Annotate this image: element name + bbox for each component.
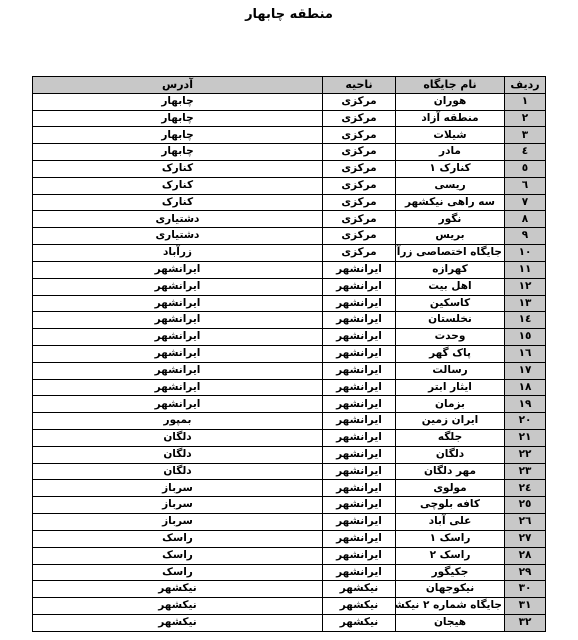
cell-address: ایرانشهر	[33, 261, 323, 278]
cell-index: ١٢	[505, 278, 546, 295]
cell-index: ١٧	[505, 362, 546, 379]
cell-name: کافه بلوچی	[396, 497, 505, 514]
cell-name: راسک ٢	[396, 547, 505, 564]
table-row: ١١کهرازهایرانشهرایرانشهر	[33, 261, 546, 278]
cell-index: ٧	[505, 194, 546, 211]
cell-district: ایرانشهر	[323, 396, 396, 413]
table-row: ٢٧راسک ١ایرانشهرراسک	[33, 530, 546, 547]
cell-district: ایرانشهر	[323, 480, 396, 497]
cell-index: ٥	[505, 161, 546, 178]
cell-index: ٢	[505, 110, 546, 127]
cell-district: مرکزی	[323, 177, 396, 194]
page-title: منطقه چابهار	[0, 7, 578, 22]
cell-name: نگور	[396, 211, 505, 228]
cell-index: ٢١	[505, 430, 546, 447]
cell-address: چابهار	[33, 144, 323, 161]
header-cell-district: ناحیه	[323, 77, 396, 94]
cell-address: دشتیاری	[33, 228, 323, 245]
cell-address: ایرانشهر	[33, 362, 323, 379]
cell-name: منطقه آزاد	[396, 110, 505, 127]
cell-address: دلگان	[33, 430, 323, 447]
cell-district: ایرانشهر	[323, 278, 396, 295]
header-cell-name: نام جایگاه	[396, 77, 505, 94]
cell-name: اهل بیت	[396, 278, 505, 295]
cell-district: ایرانشهر	[323, 446, 396, 463]
cell-index: ٢٣	[505, 463, 546, 480]
cell-district: ایرانشهر	[323, 379, 396, 396]
cell-address: دلگان	[33, 463, 323, 480]
cell-index: ٢٨	[505, 547, 546, 564]
cell-address: سرباز	[33, 514, 323, 531]
cell-district: ایرانشهر	[323, 362, 396, 379]
table-row: ٤مادرمرکزیچابهار	[33, 144, 546, 161]
header-cell-address: آدرس	[33, 77, 323, 94]
cell-district: مرکزی	[323, 161, 396, 178]
document-page: منطقه چابهار ردیف نام جایگاه ناحیه آدرس …	[0, 0, 578, 640]
cell-district: مرکزی	[323, 211, 396, 228]
cell-district: ایرانشهر	[323, 564, 396, 581]
cell-name: هوران	[396, 93, 505, 110]
cell-index: ٢٩	[505, 564, 546, 581]
cell-address: ایرانشهر	[33, 278, 323, 295]
cell-index: ١	[505, 93, 546, 110]
cell-name: جایگاه شماره ٢ نیکشهر	[396, 598, 505, 615]
cell-address: راسک	[33, 530, 323, 547]
cell-district: ایرانشهر	[323, 430, 396, 447]
cell-index: ٢٠	[505, 413, 546, 430]
table-row: ١٠جایگاه اختصاصی زرآبادمرکزیزرآباد	[33, 245, 546, 262]
cell-address: نیکشهر	[33, 598, 323, 615]
cell-name: راسک ١	[396, 530, 505, 547]
cell-district: ایرانشهر	[323, 514, 396, 531]
table-row: ١هورانمرکزیچابهار	[33, 93, 546, 110]
cell-index: ٢٤	[505, 480, 546, 497]
cell-district: ایرانشهر	[323, 547, 396, 564]
cell-name: ریسی	[396, 177, 505, 194]
table-row: ١٨ایثار ابترایرانشهرایرانشهر	[33, 379, 546, 396]
cell-address: سرباز	[33, 480, 323, 497]
table-row: ٨نگورمرکزیدشتیاری	[33, 211, 546, 228]
cell-district: نیکشهر	[323, 581, 396, 598]
cell-name: جایگاه اختصاصی زرآباد	[396, 245, 505, 262]
cell-address: ایرانشهر	[33, 329, 323, 346]
cell-address: ایرانشهر	[33, 345, 323, 362]
table-row: ٢٤مولویایرانشهرسرباز	[33, 480, 546, 497]
table-body: ١هورانمرکزیچابهار٢منطقه آزادمرکزیچابهار٣…	[33, 93, 546, 631]
cell-index: ٣١	[505, 598, 546, 615]
cell-district: ایرانشهر	[323, 497, 396, 514]
table-header-row: ردیف نام جایگاه ناحیه آدرس	[33, 77, 546, 94]
cell-address: نیکشهر	[33, 581, 323, 598]
table-row: ٦ریسیمرکزیکنارک	[33, 177, 546, 194]
cell-name: کهرازه	[396, 261, 505, 278]
cell-district: مرکزی	[323, 110, 396, 127]
table-row: ١٥وحدتایرانشهرایرانشهر	[33, 329, 546, 346]
cell-address: ایرانشهر	[33, 312, 323, 329]
cell-name: مولوی	[396, 480, 505, 497]
cell-index: ٣٢	[505, 614, 546, 631]
cell-name: سه راهی نیکشهر	[396, 194, 505, 211]
cell-index: ٩	[505, 228, 546, 245]
cell-district: ایرانشهر	[323, 295, 396, 312]
table-row: ٢٠ایران زمینایرانشهربمپور	[33, 413, 546, 430]
cell-district: مرکزی	[323, 93, 396, 110]
cell-district: ایرانشهر	[323, 312, 396, 329]
cell-district: مرکزی	[323, 194, 396, 211]
stations-table-container: ردیف نام جایگاه ناحیه آدرس ١هورانمرکزیچا…	[32, 76, 546, 632]
table-row: ٣٢هیجاننیکشهرنیکشهر	[33, 614, 546, 631]
cell-index: ١٩	[505, 396, 546, 413]
table-row: ٢٣مهر دلگانایرانشهردلگان	[33, 463, 546, 480]
table-row: ٥کنارک ١مرکزیکنارک	[33, 161, 546, 178]
table-row: ٢١جلگهایرانشهردلگان	[33, 430, 546, 447]
cell-name: جکیگور	[396, 564, 505, 581]
table-row: ١٦پاک گهرایرانشهرایرانشهر	[33, 345, 546, 362]
cell-name: رسالت	[396, 362, 505, 379]
table-row: ٣شیلاتمرکزیچابهار	[33, 127, 546, 144]
table-row: ١٧رسالتایرانشهرایرانشهر	[33, 362, 546, 379]
cell-district: ایرانشهر	[323, 261, 396, 278]
cell-name: کنارک ١	[396, 161, 505, 178]
cell-district: ایرانشهر	[323, 345, 396, 362]
cell-name: علی آباد	[396, 514, 505, 531]
cell-district: ایرانشهر	[323, 530, 396, 547]
cell-name: نیکوجهان	[396, 581, 505, 598]
cell-district: ایرانشهر	[323, 329, 396, 346]
cell-name: نخلستان	[396, 312, 505, 329]
table-row: ٧سه راهی نیکشهرمرکزیکنارک	[33, 194, 546, 211]
table-row: ١٢اهل بیتایرانشهرایرانشهر	[33, 278, 546, 295]
table-row: ٢٦علی آبادایرانشهرسرباز	[33, 514, 546, 531]
stations-table: ردیف نام جایگاه ناحیه آدرس ١هورانمرکزیچا…	[32, 76, 546, 632]
cell-name: جلگه	[396, 430, 505, 447]
cell-address: دشتیاری	[33, 211, 323, 228]
cell-name: بریس	[396, 228, 505, 245]
cell-address: کنارک	[33, 161, 323, 178]
cell-name: بزمان	[396, 396, 505, 413]
cell-name: پاک گهر	[396, 345, 505, 362]
cell-district: ایرانشهر	[323, 413, 396, 430]
cell-index: ٢٥	[505, 497, 546, 514]
cell-name: مهر دلگان	[396, 463, 505, 480]
cell-address: راسک	[33, 564, 323, 581]
cell-district: نیکشهر	[323, 614, 396, 631]
cell-name: کاسکین	[396, 295, 505, 312]
cell-name: وحدت	[396, 329, 505, 346]
cell-index: ٤	[505, 144, 546, 161]
table-row: ٢٨راسک ٢ایرانشهرراسک	[33, 547, 546, 564]
cell-address: بمپور	[33, 413, 323, 430]
cell-district: مرکزی	[323, 127, 396, 144]
cell-district: نیکشهر	[323, 598, 396, 615]
cell-index: ٣٠	[505, 581, 546, 598]
table-row: ٣١جایگاه شماره ٢ نیکشهرنیکشهرنیکشهر	[33, 598, 546, 615]
table-row: ٢٢دلگانایرانشهردلگان	[33, 446, 546, 463]
cell-index: ١٥	[505, 329, 546, 346]
cell-address: دلگان	[33, 446, 323, 463]
cell-address: چابهار	[33, 110, 323, 127]
cell-district: مرکزی	[323, 228, 396, 245]
cell-address: نیکشهر	[33, 614, 323, 631]
table-row: ٢منطقه آزادمرکزیچابهار	[33, 110, 546, 127]
cell-index: ١٨	[505, 379, 546, 396]
cell-index: ٨	[505, 211, 546, 228]
table-row: ٣٠نیکوجهاننیکشهرنیکشهر	[33, 581, 546, 598]
cell-name: ایران زمین	[396, 413, 505, 430]
cell-index: ٢٧	[505, 530, 546, 547]
cell-address: کنارک	[33, 194, 323, 211]
table-row: ٩بریسمرکزیدشتیاری	[33, 228, 546, 245]
cell-index: ١٦	[505, 345, 546, 362]
cell-name: ایثار ابتر	[396, 379, 505, 396]
cell-address: کنارک	[33, 177, 323, 194]
cell-address: ایرانشهر	[33, 295, 323, 312]
cell-index: ٣	[505, 127, 546, 144]
cell-address: چابهار	[33, 93, 323, 110]
cell-address: ایرانشهر	[33, 396, 323, 413]
cell-name: مادر	[396, 144, 505, 161]
table-row: ٢٥کافه بلوچیایرانشهرسرباز	[33, 497, 546, 514]
cell-district: مرکزی	[323, 245, 396, 262]
cell-address: ایرانشهر	[33, 379, 323, 396]
cell-index: ١٣	[505, 295, 546, 312]
table-row: ١٤نخلستانایرانشهرایرانشهر	[33, 312, 546, 329]
cell-name: شیلات	[396, 127, 505, 144]
cell-name: دلگان	[396, 446, 505, 463]
cell-index: ١٠	[505, 245, 546, 262]
cell-index: ١٤	[505, 312, 546, 329]
table-row: ١٩بزمانایرانشهرایرانشهر	[33, 396, 546, 413]
cell-name: هیجان	[396, 614, 505, 631]
cell-address: سرباز	[33, 497, 323, 514]
header-cell-index: ردیف	[505, 77, 546, 94]
cell-index: ١١	[505, 261, 546, 278]
cell-district: مرکزی	[323, 144, 396, 161]
cell-address: چابهار	[33, 127, 323, 144]
cell-index: ٢٢	[505, 446, 546, 463]
cell-index: ٦	[505, 177, 546, 194]
cell-address: راسک	[33, 547, 323, 564]
table-row: ١٣کاسکینایرانشهرایرانشهر	[33, 295, 546, 312]
cell-index: ٢٦	[505, 514, 546, 531]
table-row: ٢٩جکیگورایرانشهرراسک	[33, 564, 546, 581]
cell-address: زرآباد	[33, 245, 323, 262]
cell-district: ایرانشهر	[323, 463, 396, 480]
